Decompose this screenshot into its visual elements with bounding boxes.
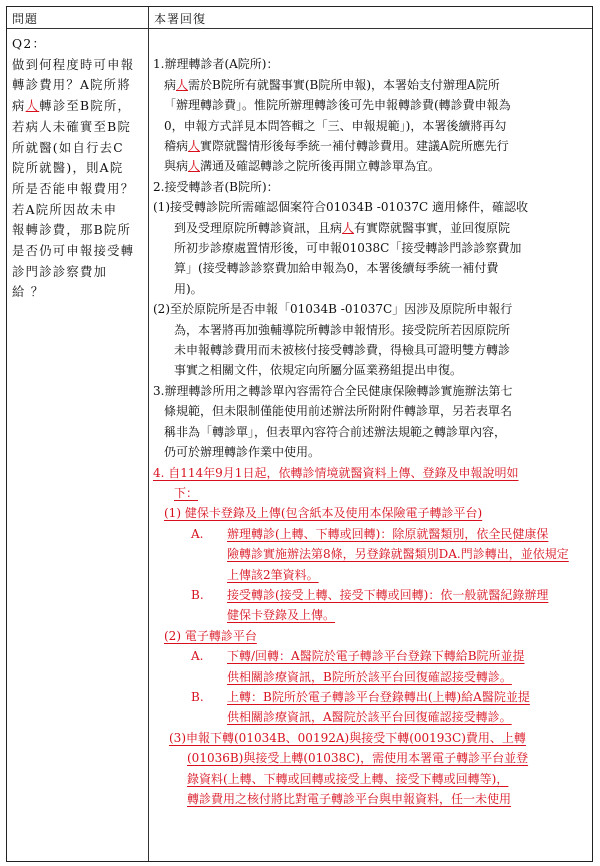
section-4-p1-a: A.辦理轉診(上轉、下轉或回轉)：除原就醫類別，依全民健康保 bbox=[153, 524, 591, 544]
section-4-p1-title: (1) 健保卡登錄及上傳(包含紙本及使用本保險電子轉診平台) bbox=[153, 503, 591, 523]
section-2-p2-line: 未申報轉診費用而未被核付接受轉診費，得檢具可證明雙方轉診 bbox=[153, 340, 591, 360]
header-answer: 本署回復 bbox=[154, 10, 206, 27]
answer-cell: 1.辦理轉診者(A院所)： 病人需於B院所有就醫事實(B院所申報)，本署始支付辦… bbox=[153, 34, 591, 809]
section-2-p2-line: (2)至於原院所是否申報「01034B -01037C」因涉及原院所申報行 bbox=[153, 299, 591, 319]
qa-table: 問題 本署回復 Q2： 做到何程度時可申報 轉診費用？A院所將 病人轉診至B院所… bbox=[6, 6, 593, 862]
header-question: 問題 bbox=[12, 10, 38, 27]
section-4-p1-b-cont: 健保卡登錄及上傳。 bbox=[153, 605, 591, 625]
section-4-p3-line: (01036B)與接受上轉(01038C)，需使用本署電子轉診平台並登 bbox=[153, 748, 591, 768]
section-3-line: 條規範，但未限制僅能使用前述辦法所附附件轉診單，另若表單名 bbox=[153, 401, 591, 421]
section-3-line: 3.辦理轉診所用之轉診單內容需符合全民健康保險轉診實施辦法第七 bbox=[153, 381, 591, 401]
section-4-p2-title: (2) 電子轉診平台 bbox=[153, 626, 591, 646]
section-2-p2-line: 事實之相關文件，依規定向所屬分區業務組提出申復。 bbox=[153, 360, 591, 380]
section-3-line: 仍可於辦理轉診作業中使用。 bbox=[153, 442, 591, 462]
section-4-p2-b: B.上轉：B院所於電子轉診平台登錄轉出(上轉)給A醫院並提 bbox=[153, 687, 591, 707]
section-4-p2-b-cont: 供相關診療資訊，A醫院於該平台回復確認接受轉診。 bbox=[153, 707, 591, 727]
section-4-title: 4. 自114年9月1日起，依轉診情境就醫資料上傳、登錄及申報說明如 bbox=[153, 463, 591, 483]
header-divider bbox=[7, 28, 592, 29]
question-line: 病人轉診至B院所， bbox=[12, 96, 144, 117]
section-1-line: 「辦理轉診費」。惟院所辦理轉診後可先申報轉診費(轉診費申報為 bbox=[153, 95, 591, 115]
section-4-p3-line: 錄資料(上轉、下轉或回轉或接受上轉、接受下轉或回轉等)， bbox=[153, 769, 591, 789]
section-2-p2-line: 為，本署將再加強輔導院所轉診申報情形。接受院所若因原院所 bbox=[153, 320, 591, 340]
section-3-line: 稱非為「轉診單」，但表單內容符合前述辦法規範之轉診單內容， bbox=[153, 422, 591, 442]
question-line: 診門診診察費加 bbox=[12, 262, 144, 283]
question-line: 所是否能申報費用？ bbox=[12, 179, 144, 200]
section-1-line: 0，申報方式詳見本問答輯之「三、申報規範」)，本署後續將再勾 bbox=[153, 116, 591, 136]
question-cell: Q2： 做到何程度時可申報 轉診費用？A院所將 病人轉診至B院所， 若病人未確實… bbox=[12, 34, 144, 303]
section-2-p1-line: 用)。 bbox=[153, 279, 591, 299]
section-4-p2-a-cont: 供相關診療資訊，B院所於該平台回復確認接受轉診。 bbox=[153, 667, 591, 687]
column-divider bbox=[148, 7, 149, 861]
question-line: 所就醫(如自行去C bbox=[12, 138, 144, 159]
section-1-line: 稽病人實際就醫情形後每季統一補付轉診費用。建議A院所應先行 bbox=[153, 136, 591, 156]
section-2-p1-line: 到及受理原院所轉診資訊，且病人有實際就醫事實，並回復原院 bbox=[153, 218, 591, 238]
section-2-p1-line: 所初步診療處置情形後，可申報01038C「接受轉診門診診察費加 bbox=[153, 238, 591, 258]
section-4-p1-a-cont: 險轉診實施辦法第8條，另登錄就醫類別DA.門診轉出，並依規定 bbox=[153, 544, 591, 564]
section-4-p2-a: A.下轉/回轉：A醫院於電子轉診平台登錄下轉給B院所並提 bbox=[153, 646, 591, 666]
question-line: 轉診費用？A院所將 bbox=[12, 75, 144, 96]
question-line: 若A院所因故未申 bbox=[12, 200, 144, 221]
question-line: 是否仍可申報接受轉 bbox=[12, 241, 144, 262]
question-line: 院所就醫)，則A院 bbox=[12, 158, 144, 179]
section-2-p1-line: (1)接受轉診院所需確認個案符合01034B -01037C 適用條件，確認收 bbox=[153, 197, 591, 217]
section-4-title-cont: 下： bbox=[153, 483, 591, 503]
section-4-p1-b: B.接受轉診(接受上轉、接受下轉或回轉)：依一般就醫紀錄辦理 bbox=[153, 585, 591, 605]
section-4-p3-line: (3)申報下轉(01034B、00192A)與接受下轉(00193C)費用、上轉 bbox=[153, 728, 591, 748]
section-4-p1-a-cont: 上傳該2筆資料。 bbox=[153, 565, 591, 585]
question-label: Q2： bbox=[12, 34, 144, 55]
section-2-p1-line: 算」(接受轉診診察費加給申報為0，本署後續每季統一補付費 bbox=[153, 258, 591, 278]
question-line: 做到何程度時可申報 bbox=[12, 55, 144, 76]
question-line: 給 ？ bbox=[12, 282, 144, 303]
section-1-title: 1.辦理轉診者(A院所)： bbox=[153, 54, 591, 74]
question-line: 若病人未確實至B院 bbox=[12, 117, 144, 138]
section-1-line: 與病人溝通及確認轉診之院所後再開立轉診單為宜。 bbox=[153, 156, 591, 176]
section-2-title: 2.接受轉診者(B院所)： bbox=[153, 177, 591, 197]
question-line: 報轉診費，那B院所 bbox=[12, 220, 144, 241]
section-4-p3-line: 轉診費用之核付將比對電子轉診平台與申報資料，任一未使用 bbox=[153, 789, 591, 809]
section-1-line: 病人需於B院所有就醫事實(B院所申報)，本署始支付辦理A院所 bbox=[153, 75, 591, 95]
